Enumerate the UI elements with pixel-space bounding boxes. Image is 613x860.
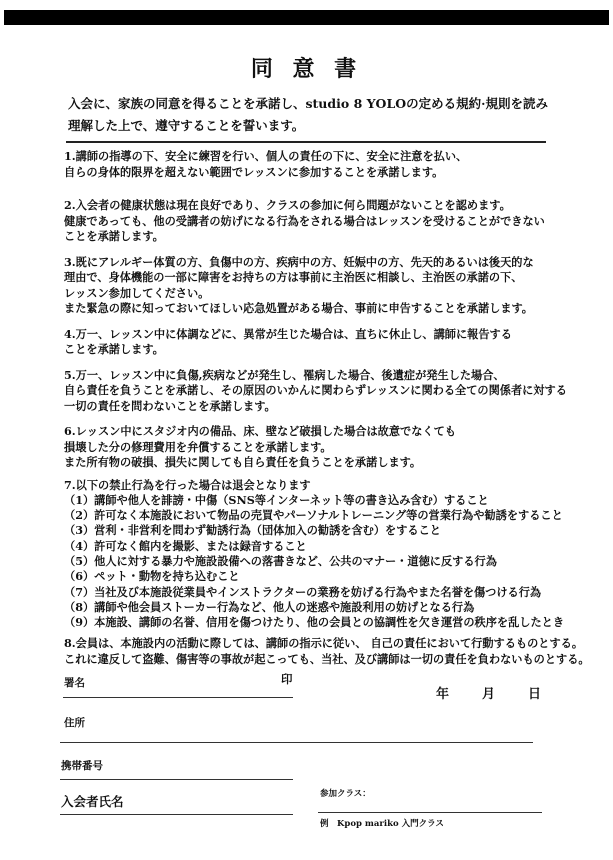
clause-7-prohibited-acts: 7.以下の禁止行為を行った場合は退会となります （1）講師や他人を誹謗・中傷（S… bbox=[64, 478, 609, 631]
month-label: 月 bbox=[482, 683, 495, 702]
clauses-section: 1.講師の指導の下、安全に練習を行い、個人の責任の下に、安全に注意を払い、 自ら… bbox=[64, 149, 609, 677]
class-example: 例 Kpop mariko 入門クラス bbox=[320, 817, 444, 829]
signature-label: 署名 bbox=[64, 675, 85, 690]
seal-label: 印 bbox=[281, 671, 293, 687]
member-name-line[interactable] bbox=[60, 813, 293, 815]
clause-1: 1.講師の指導の下、安全に練習を行い、個人の責任の下に、安全に注意を払い、 自ら… bbox=[64, 149, 609, 180]
phone-line[interactable] bbox=[60, 778, 293, 780]
clause-5: 5.万一、レッスン中に負傷,疾病などが発生し、罹病した場合、後遺症が発生した場合… bbox=[64, 368, 609, 415]
address-label: 住所 bbox=[64, 715, 85, 730]
intro-divider bbox=[66, 141, 546, 143]
page-title: 同 意 書 bbox=[0, 52, 613, 83]
clause-4: 4.万一、レッスン中に体調などに、異常が生じた場合は、直ちに休止し、講師に報告す… bbox=[64, 327, 609, 358]
day-label: 日 bbox=[528, 683, 541, 702]
class-label: 参加クラス： bbox=[320, 787, 371, 799]
consent-form-page: 同 意 書 入会に、家族の同意を得ることを承諾し、studio 8 YOLOの定… bbox=[0, 0, 613, 860]
clause-2: 2.入会者の健康状態は現在良好であり、クラスの参加に何ら問題がないことを認めます… bbox=[64, 198, 609, 245]
class-line[interactable] bbox=[318, 811, 542, 813]
top-black-bar bbox=[4, 10, 609, 25]
clause-6: 6.レッスン中にスタジオ内の備品、床、壁など破損した場合は故意でなくても 損壊し… bbox=[64, 424, 609, 471]
date-fields[interactable]: 年 月 日 bbox=[436, 683, 541, 702]
clause-3: 3.既にアレルギー体質の方、負傷中の方、疾病中の方、妊娠中の方、先天的あるいは後… bbox=[64, 255, 609, 317]
signature-line[interactable] bbox=[63, 696, 293, 698]
intro-paragraph: 入会に、家族の同意を得ることを承諾し、studio 8 YOLOの定める規約·規… bbox=[68, 93, 568, 137]
clause-8: 8.会員は、本施設内の活動に際しては、講師の指示に従い、 自己の責任において行動… bbox=[64, 636, 609, 667]
phone-label: 携帯番号 bbox=[61, 758, 103, 773]
address-line[interactable] bbox=[60, 741, 533, 743]
member-name-label: 入会者氏名 bbox=[61, 792, 124, 810]
year-label: 年 bbox=[436, 683, 449, 702]
